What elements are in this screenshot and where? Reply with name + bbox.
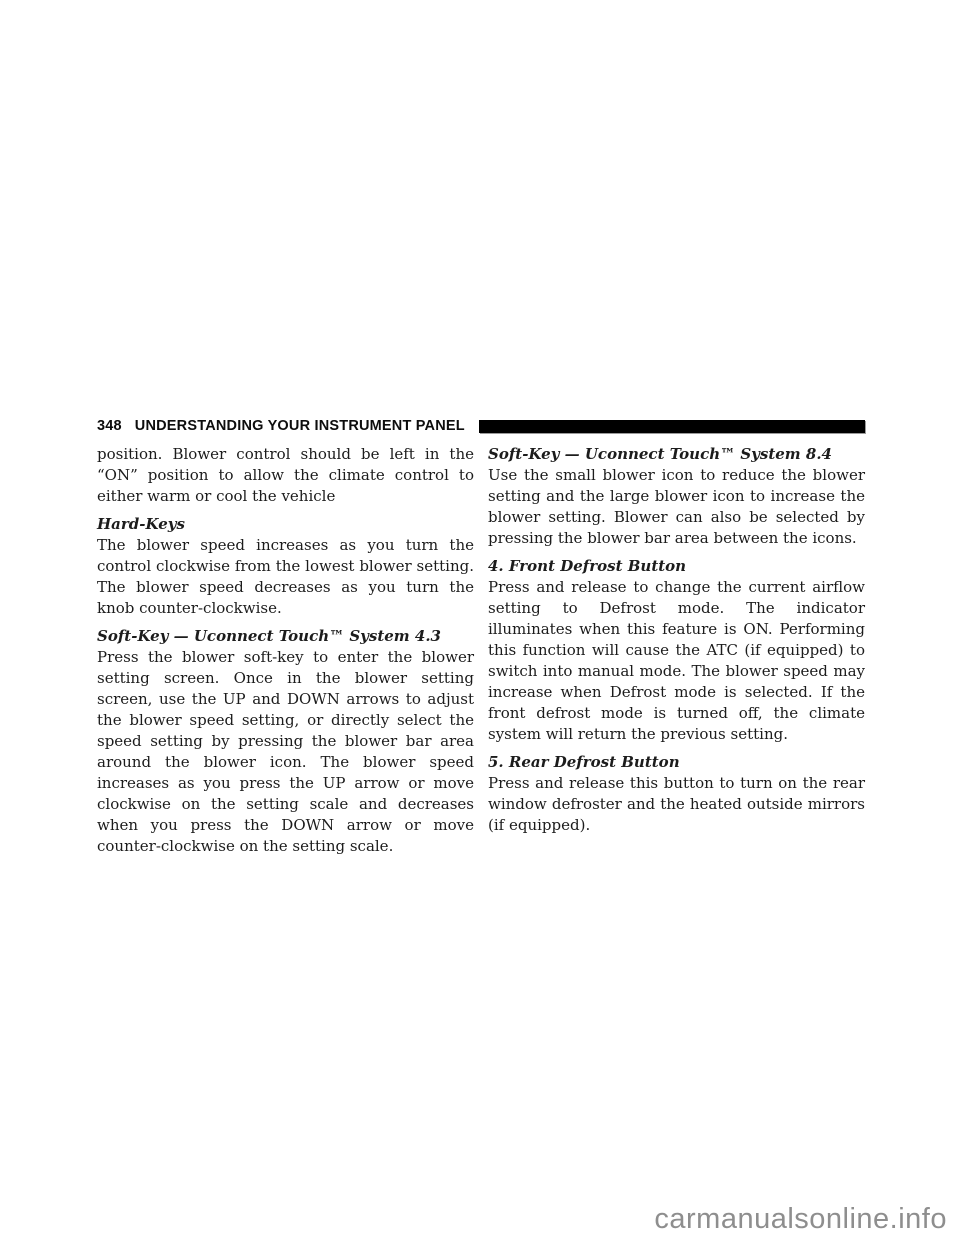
heading-soft-key-system-8-4: Soft-Key — Uconnect Touch™ System 8.4: [488, 444, 865, 465]
heading-front-defrost-button: 4. Front Defrost Button: [488, 556, 865, 577]
page-number: 348: [97, 418, 122, 434]
header-title: UNDERSTANDING YOUR INSTRUMENT PANEL: [135, 418, 465, 434]
two-column-layout: position. Blower control should be left …: [97, 444, 865, 857]
page-header: 348 UNDERSTANDING YOUR INSTRUMENT PANEL: [97, 418, 865, 434]
heading-rear-defrost-button: 5. Rear Defrost Button: [488, 752, 865, 773]
right-column: Soft-Key — Uconnect Touch™ System 8.4 Us…: [488, 444, 865, 857]
watermark: carmanualsonline.info: [654, 1203, 947, 1236]
paragraph-soft-key-system-8-4: Use the small blower icon to reduce the …: [488, 465, 865, 549]
page-content: 348 UNDERSTANDING YOUR INSTRUMENT PANEL …: [97, 418, 865, 857]
heading-hard-keys: Hard-Keys: [97, 514, 474, 535]
paragraph-hard-keys: The blower speed increases as you turn t…: [97, 535, 474, 619]
header-rule-bar: [479, 420, 865, 433]
heading-soft-key-system-4-3: Soft-Key — Uconnect Touch™ System 4.3: [97, 626, 474, 647]
manual-page: 348 UNDERSTANDING YOUR INSTRUMENT PANEL …: [0, 0, 960, 1242]
paragraph-front-defrost-button: Press and release to change the current …: [488, 577, 865, 745]
left-column: position. Blower control should be left …: [97, 444, 474, 857]
paragraph-rear-defrost-button: Press and release this button to turn on…: [488, 773, 865, 836]
paragraph-soft-key-system-4-3: Press the blower soft-key to enter the b…: [97, 647, 474, 857]
paragraph-blower-position: position. Blower control should be left …: [97, 444, 474, 507]
